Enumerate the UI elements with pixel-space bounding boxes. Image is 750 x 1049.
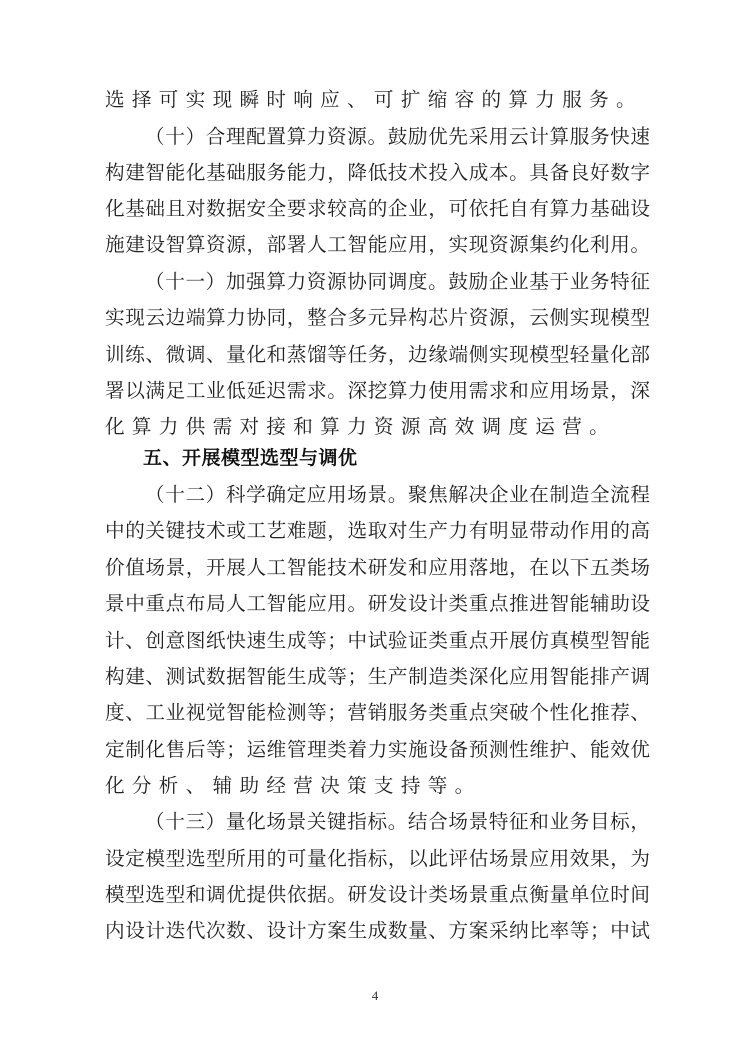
paragraph-12-start: （十二）科学确定应用场景。聚焦解决企业在制造全流程: [145, 480, 650, 510]
paragraph-line: 化算力供需对接和算力资源高效调度运营。: [105, 412, 650, 442]
paragraph-13-start: （十三）量化场景关键指标。结合场景特征和业务目标，: [145, 807, 650, 837]
page-number: 4: [0, 988, 750, 1004]
paragraph-line: 价值场景，开展人工智能技术研发和应用落地，在以下五类场: [105, 553, 650, 583]
paragraph-10-start: （十）合理配置算力资源。鼓励优先采用云计算服务快速: [145, 122, 650, 152]
document-page: 选择可实现瞬时响应、可扩缩容的算力服务。 （十）合理配置算力资源。鼓励优先采用云…: [0, 0, 750, 1049]
paragraph-line: 构建、测试数据智能生成等；生产制造类深化应用智能排产调: [105, 662, 650, 692]
paragraph-line: 景中重点布局人工智能应用。研发设计类重点推进智能辅助设: [105, 589, 650, 619]
paragraph-line: 计、创意图纸快速生成等；中试验证类重点开展仿真模型智能: [105, 626, 650, 656]
paragraph-line: 内设计迭代次数、设计方案生成数量、方案采纳比率等；中试: [105, 916, 650, 946]
paragraph-line: 实现云边端算力协同，整合多元异构芯片资源，云侧实现模型: [105, 303, 650, 333]
paragraph-line: 定制化售后等；运维管理类着力实施设备预测性维护、能效优: [105, 735, 650, 765]
paragraph-line: 化分析、辅助经营决策支持等。: [105, 771, 650, 801]
paragraph-line: 训练、微调、量化和蒸馏等任务，边缘端侧实现模型轻量化部: [105, 340, 650, 370]
paragraph-line: 选择可实现瞬时响应、可扩缩容的算力服务。: [105, 85, 650, 115]
paragraph-line: 署以满足工业低延迟需求。深挖算力使用需求和应用场景，深: [105, 376, 650, 406]
paragraph-line: 化基础且对数据安全要求较高的企业，可依托自有算力基础设: [105, 194, 650, 224]
paragraph-11-start: （十一）加强算力资源协同调度。鼓励企业基于业务特征: [145, 267, 650, 297]
paragraph-line: 构建智能化基础服务能力，降低技术投入成本。具备良好数字: [105, 158, 650, 188]
paragraph-line: 施建设智算资源，部署人工智能应用，实现资源集约化利用。: [105, 230, 650, 260]
section-heading: 五、开展模型选型与调优: [143, 444, 358, 472]
paragraph-line: 设定模型选型所用的可量化指标，以此评估场景应用效果，为: [105, 844, 650, 874]
paragraph-line: 模型选型和调优提供依据。研发设计类场景重点衡量单位时间: [105, 880, 650, 910]
paragraph-line: 中的关键技术或工艺难题，选取对生产力有明显带动作用的高: [105, 516, 650, 546]
paragraph-line: 度、工业视觉智能检测等；营销服务类重点突破个性化推荐、: [105, 698, 650, 728]
